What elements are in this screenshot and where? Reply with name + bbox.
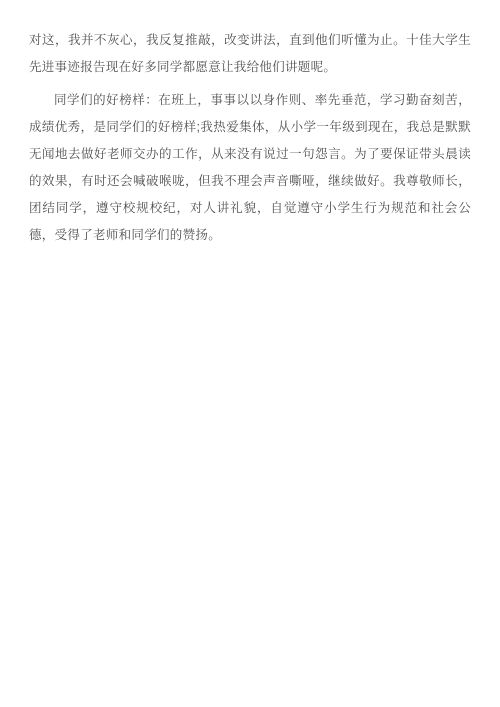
paragraph-continuation: 对这，我并不灰心，我反复推敲，改变讲法，直到他们听懂为止。十佳大学生先进事迹报告…: [29, 27, 471, 81]
document-page: 对这，我并不灰心，我反复推敲，改变讲法，直到他们听懂为止。十佳大学生先进事迹报告…: [0, 0, 500, 707]
document-body: 对这，我并不灰心，我反复推敲，改变讲法，直到他们听懂为止。十佳大学生先进事迹报告…: [29, 27, 471, 249]
paragraph-main: 同学们的好榜样：在班上，事事以以身作则、率先垂范，学习勤奋刻苦，成绩优秀，是同学…: [29, 87, 471, 249]
